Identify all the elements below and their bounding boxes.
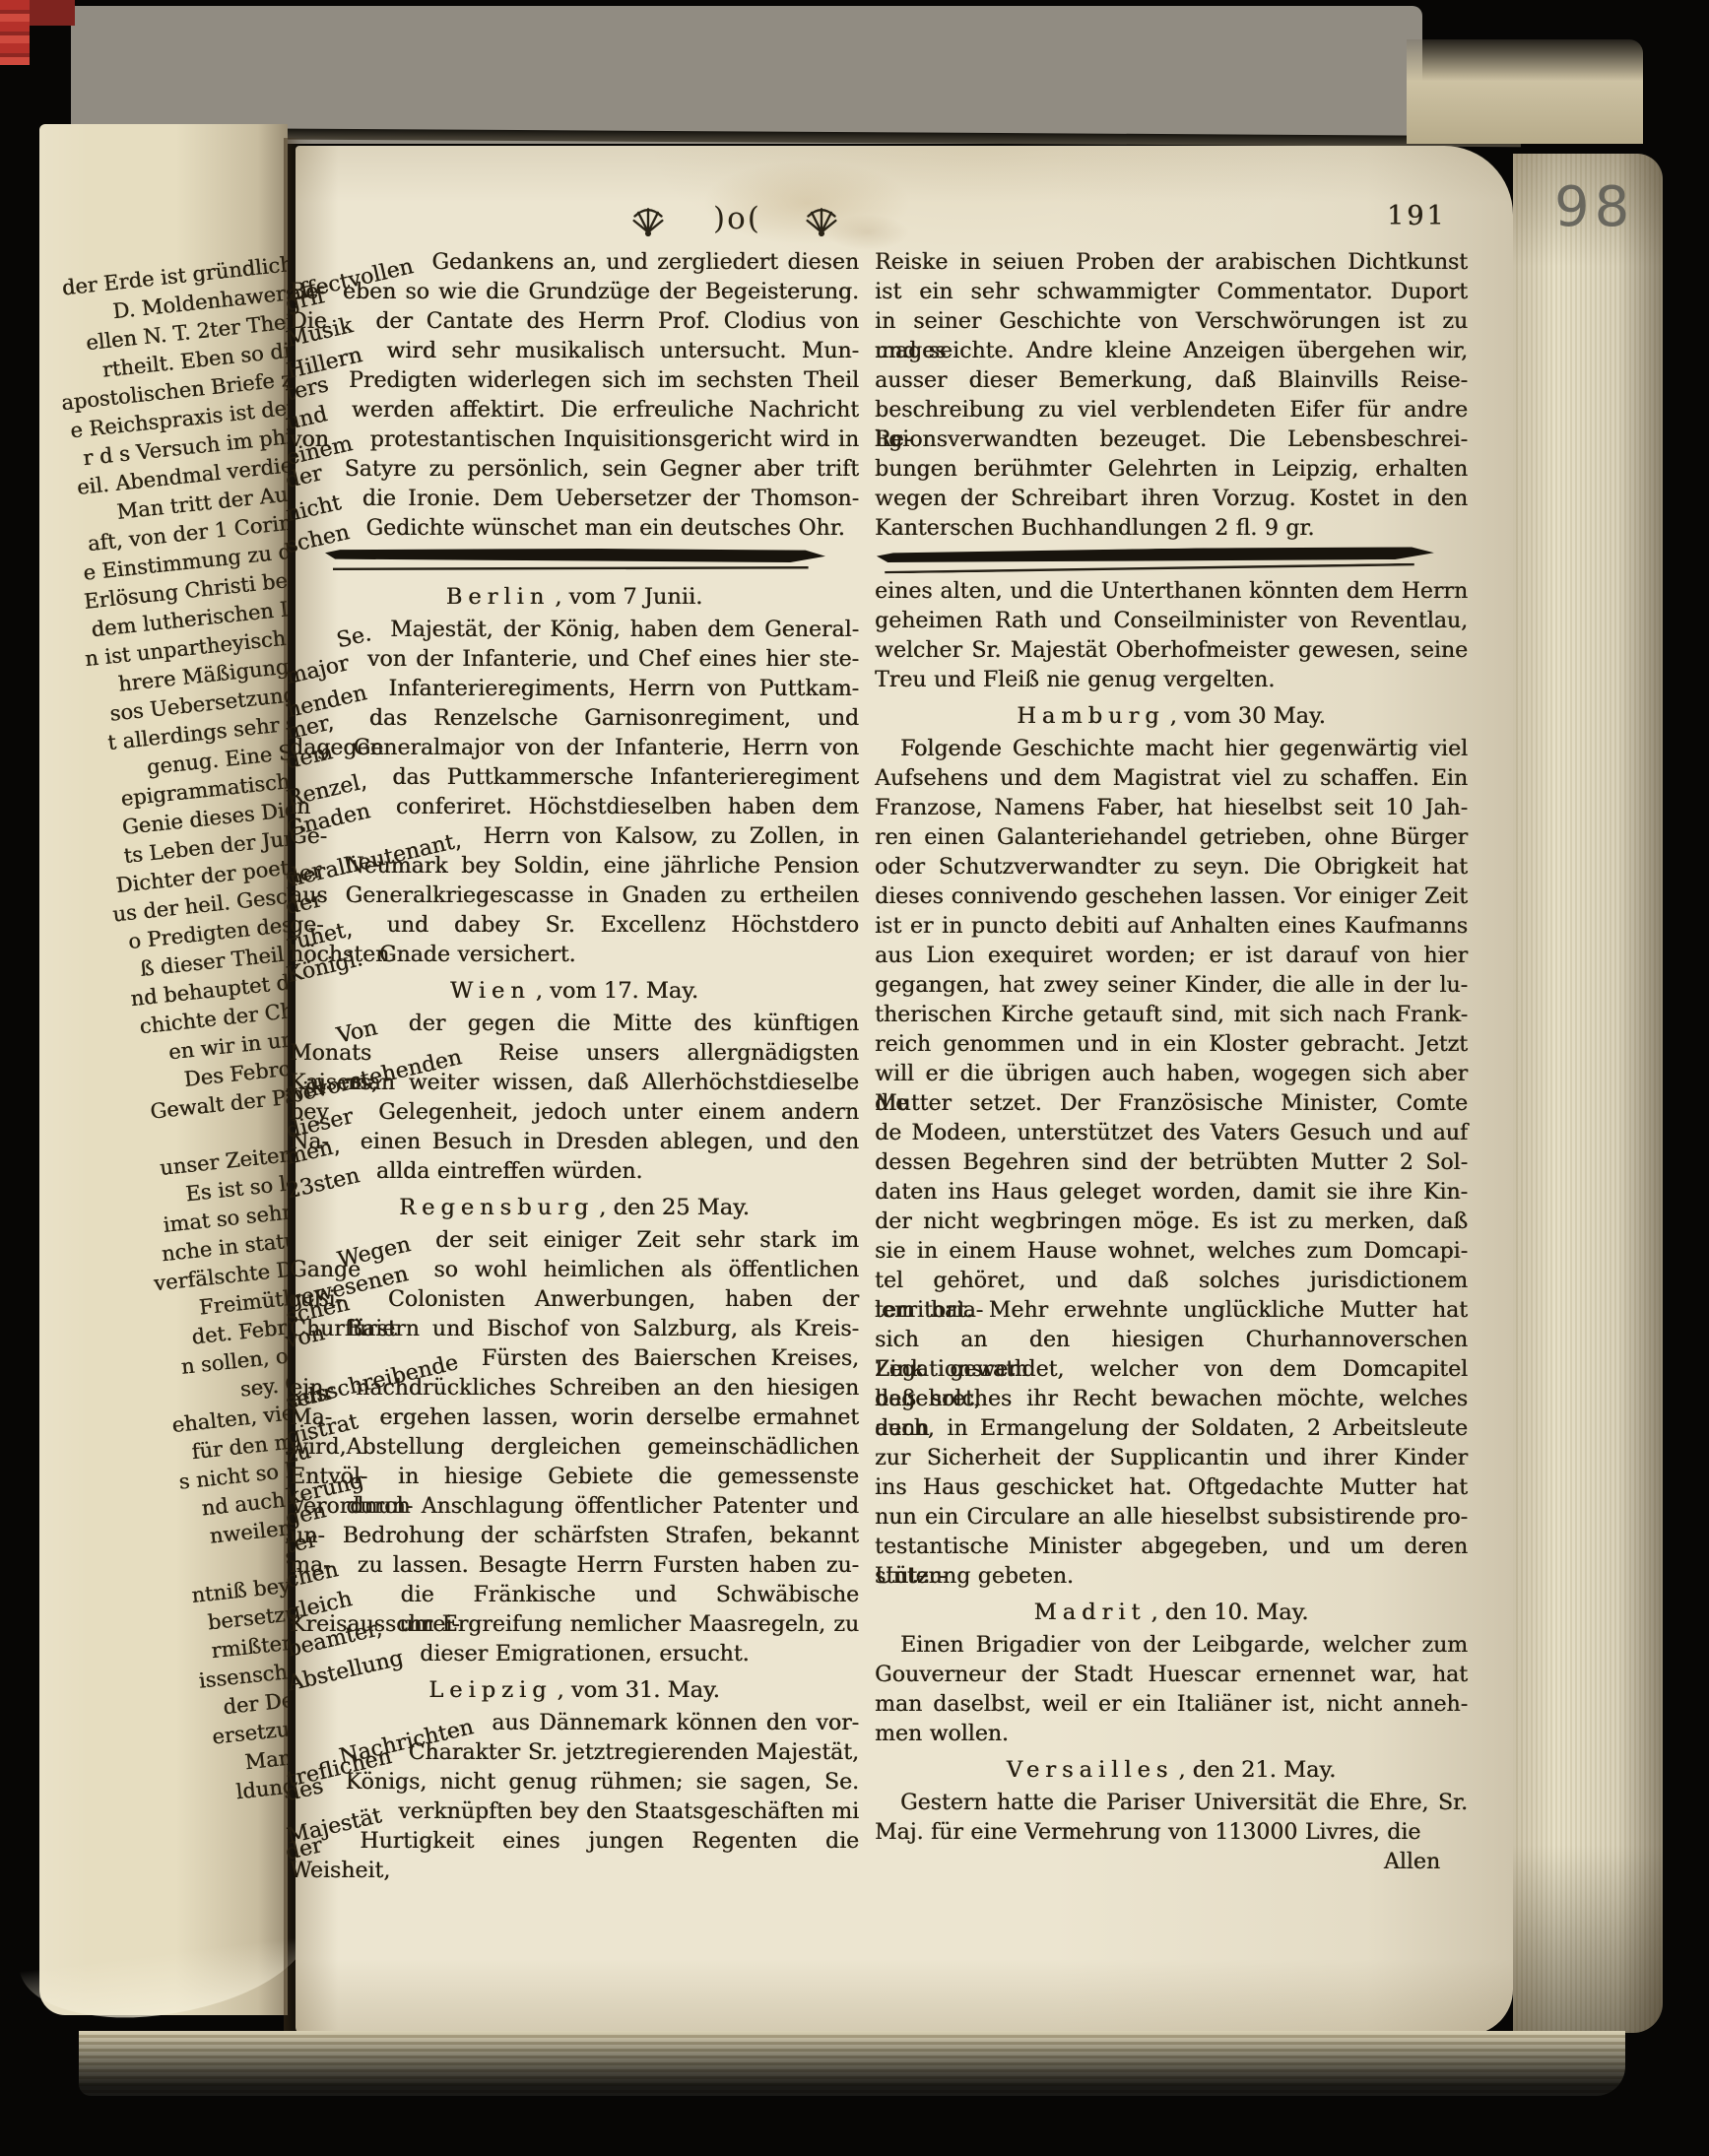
dateline-place: Wien — [450, 978, 531, 1004]
left-page-text-block: der Erde ist gründlichD. Moldenhawersell… — [39, 250, 288, 1850]
text-line: Maj. für eine Vermehrung von 113000 Livr… — [875, 1818, 1468, 1848]
text-line: ters Predigten widerlegen sich im sechst… — [290, 366, 859, 396]
dateline-date: , vom 31. May. — [558, 1677, 720, 1703]
right-column-intro: Reiske in seiuen Proben der arabischen D… — [875, 248, 1468, 544]
text-line: 23sten allda eintreffen würden. — [290, 1157, 859, 1187]
dateline-heading: Wien, vom 17. May. — [290, 974, 859, 1008]
text-line: beamter, um Ergreifung nemlicher Maasreg… — [290, 1610, 859, 1640]
text-line: lem hat. Mehr erwehnte unglückliche Mutt… — [875, 1296, 1468, 1326]
text-line: major von der Infanterie, und Chef eines… — [290, 645, 859, 675]
text-line: man daselbst, weil er ein Italiäner ist,… — [875, 1690, 1468, 1720]
dateline-place: Leipzig — [428, 1677, 552, 1703]
text-line: einem protestantischen Inquisitionsgeric… — [290, 425, 859, 455]
text-line: auch, in Ermangelung der Soldaten, 2 Arb… — [875, 1414, 1468, 1444]
text-line: dieses connivendo geschehen lassen. Vor … — [875, 882, 1468, 912]
text-line: und werden affektirt. Die erfreuliche Na… — [290, 396, 859, 425]
dateline-place: Hamburg — [1017, 703, 1164, 729]
text-line: Reiske in seiuen Proben der arabischen D… — [875, 248, 1468, 278]
text-line: Wegen der seit einiger Zeit sehr stark i… — [290, 1226, 859, 1256]
text-line: welcher Sr. Majestät Oberhofmeister gewe… — [875, 636, 1468, 666]
book-top-right-edge — [1407, 39, 1643, 144]
shell-ornament-icon — [804, 203, 839, 238]
divider-thick-rule — [877, 546, 1434, 566]
text-line: ausschreibende Fürsten des Baierschen Kr… — [290, 1344, 859, 1374]
text-line: gen durch Anschlagung öffentlicher Paten… — [290, 1492, 859, 1522]
text-line: men, einen Besuch in Dresden ablegen, un… — [290, 1128, 859, 1157]
dateline-heading: Hamburg, vom 30 May. — [875, 699, 1468, 733]
text-line: nun ein Circulare an alle hieselbst subs… — [875, 1503, 1468, 1533]
text-line: von Baiern und Bischof von Salzburg, als… — [290, 1315, 859, 1344]
left-page-lines: der Erde ist gründlichD. Moldenhawersell… — [39, 250, 288, 1850]
text-line: in seiner Geschichte von Verschwörungen … — [875, 307, 1468, 337]
text-line: Königl. Gnade versichert. — [290, 941, 859, 970]
text-line: Renzel, das Puttkammersche Infanteriereg… — [290, 763, 859, 793]
text-line: Zink gewendet, welcher von dem Domcapite… — [875, 1355, 1468, 1385]
left-column-intro: affectvollen Gedankens an, und zergliede… — [290, 248, 859, 544]
text-line: Gouverneur der Stadt Huescar ernennet wa… — [875, 1661, 1468, 1690]
text-line: der Generalkriegescasse in Gnaden zu ert… — [290, 882, 859, 911]
text-line: testantische Minister abgegeben, und um … — [875, 1533, 1468, 1562]
text-line: affectvollen Gedankens an, und zergliede… — [290, 248, 859, 278]
dateline-date: , vom 7 Junii. — [555, 584, 702, 610]
text-line: stützung gebeten. — [875, 1562, 1468, 1592]
catchword: Allen — [875, 1848, 1468, 1877]
dateline-date: , den 25 May. — [599, 1195, 750, 1220]
text-line: gleich die Fränkische und Schwäbische Kr… — [290, 1581, 859, 1610]
dateline-place: Berlin — [446, 584, 551, 610]
left-text-column: affectvollen Gedankens an, und zergliede… — [290, 248, 859, 1857]
text-line: Hillern wird sehr musikalisch untersucht… — [290, 337, 859, 366]
text-line: kerung in hiesige Gebiete die gemessenst… — [290, 1463, 859, 1492]
text-line: reich genommen und in ein Kloster gebrac… — [875, 1030, 1468, 1060]
text-line: daten ins Haus geleget worden, damit sie… — [875, 1178, 1468, 1208]
text-line: therischen Kirche getauft sind, mit sich… — [875, 1001, 1468, 1030]
text-line: schen Gedichte wünschet man ein deutsche… — [290, 514, 859, 544]
text-line: aus Lion exequiret worden; er ist darauf… — [875, 942, 1468, 971]
text-line: und seichte. Andre kleine Anzeigen überg… — [875, 337, 1468, 366]
text-line: Majestät verknüpften bey den Staatsgesch… — [290, 1797, 859, 1827]
text-line: Gnaden conferiret. Höchstdieselben haben… — [290, 793, 859, 822]
text-line: bungen berühmter Gelehrten in Leipzig, e… — [875, 455, 1468, 485]
divider-thick-rule — [325, 549, 825, 562]
text-line: Nachrichten aus Dännemark können den vor… — [290, 1709, 859, 1738]
text-line: Musik der Cantate des Herrn Prof. Clodiu… — [290, 307, 859, 337]
text-line: ist ein sehr schwammigter Commentator. D… — [875, 278, 1468, 307]
header-center-mark: )o( — [713, 201, 761, 236]
text-line: de Modeen, unterstützet des Vaters Gesuc… — [875, 1119, 1468, 1148]
dateline-heading: Berlin, vom 7 Junii. — [290, 580, 859, 614]
text-line: tel gehöret, und daß solches jurisdictio… — [875, 1267, 1468, 1296]
text-line: ausser dieser Bemerkung, daß Blainvills … — [875, 366, 1468, 396]
text-line: dem Generalmajor von der Infanterie, Her… — [290, 734, 859, 763]
text-line: der Satyre zu persönlich, sein Gegner ab… — [290, 455, 859, 485]
text-line: chen zu lassen. Besagte Herrn Fursten ha… — [290, 1551, 859, 1581]
book-scan: der Erde ist gründlichD. Moldenhawersell… — [0, 0, 1709, 2156]
section-divider — [325, 547, 825, 576]
red-fore-edge-corner — [30, 0, 75, 26]
dateline-place: Regensburg — [399, 1195, 594, 1220]
text-line: gistrat ergehen lassen, worin derselbe e… — [290, 1404, 859, 1433]
text-line: wegen der Schreibart ihren Vorzug. Koste… — [875, 485, 1468, 514]
dateline-heading: Regensburg, den 25 May. — [290, 1191, 859, 1224]
divider-thin-rule — [333, 566, 809, 570]
red-fore-edge — [0, 0, 30, 65]
text-line: nerallieutenant, Herrn von Kalsow, zu Zo… — [290, 822, 859, 852]
stamped-folio-number: 98 — [1554, 175, 1634, 239]
text-line: sie in einem Hause wohnet, welches zum D… — [875, 1237, 1468, 1267]
text-line: daß solches ihr Recht bewachen möchte, w… — [875, 1385, 1468, 1414]
text-line: will er die übrigen auch haben, wogegen … — [875, 1060, 1468, 1089]
bottom-page-edges — [79, 2031, 1625, 2096]
text-line: Folgende Geschichte macht hier gegenwärt… — [875, 735, 1468, 764]
text-line: ist er in puncto debiti auf Anhalten ein… — [875, 912, 1468, 942]
right-column-continuation: eines alten, und die Unterthanen könnten… — [875, 577, 1468, 695]
text-line: oder Schutzverwandter zu seyn. Die Obrig… — [875, 853, 1468, 882]
text-line: Se. Majestät, der König, haben dem Gener… — [290, 616, 859, 645]
text-line: ter Bedrohung der schärfsten Strafen, be… — [290, 1522, 859, 1551]
divider-thin-rule — [885, 563, 1414, 574]
text-line: Kanterschen Buchhandlungen 2 fl. 9 gr. — [875, 514, 1468, 544]
right-page: )o( 191 affectvollen Gedankens an, und z… — [296, 146, 1513, 2035]
text-line: ligionsverwandten bezeuget. Die Lebensbe… — [875, 425, 1468, 455]
text-line: geheimen Rath und Conseilminister von Re… — [875, 607, 1468, 636]
dateline-date: , vom 17. May. — [536, 978, 698, 1004]
dateline-heading: Madrit, den 10. May. — [875, 1596, 1468, 1629]
shell-ornament-icon — [630, 203, 666, 238]
dateline-date: , den 21. May. — [1178, 1757, 1336, 1783]
section-divider — [877, 544, 1434, 580]
text-line: sich an den hiesigen Churhannoverschen L… — [875, 1326, 1468, 1355]
dateline-date: , vom 30 May. — [1170, 703, 1326, 729]
fore-edge-page-stack — [1513, 154, 1663, 2033]
text-line: Einen Brigadier von der Leibgarde, welch… — [875, 1631, 1468, 1661]
left-page: der Erde ist gründlichD. Moldenhawersell… — [39, 124, 288, 2015]
text-line: men wollen. — [875, 1720, 1468, 1749]
text-line: henden Infanterieregiments, Herrn von Pu… — [290, 675, 859, 704]
text-line: zu Abstellung dergleichen gemeinschädlic… — [290, 1433, 859, 1463]
dateline-place: Madrit — [1034, 1600, 1147, 1625]
text-line: ruhet, und dabey Sr. Excellenz Höchstder… — [290, 911, 859, 941]
text-line: Mutter setzet. Der Französische Minister… — [875, 1089, 1468, 1119]
left-column-sections: Berlin, vom 7 Junii.Se. Majestät, der Kö… — [290, 580, 859, 1857]
text-line: Von der gegen die Mitte des künftigen Mo… — [290, 1010, 859, 1039]
right-column-sections: Hamburg, vom 30 May.Folgende Geschichte … — [875, 699, 1468, 1848]
text-line: zur Sicherheit der Supplicantin und ihre… — [875, 1444, 1468, 1473]
text-line: eines alten, und die Unterthanen könnten… — [875, 577, 1468, 607]
text-line: ins Haus geschicket hat. Oftgedachte Mut… — [875, 1473, 1468, 1503]
text-line: Aufsehens und dem Magistrat viel zu scha… — [875, 764, 1468, 794]
text-line: dessen Begehren sind der betrübten Mutte… — [875, 1148, 1468, 1178]
text-line: gegangen, hat zwey seiner Kinder, die al… — [875, 971, 1468, 1001]
book-top-page-block — [71, 6, 1422, 144]
text-line: beschreibung zu viel verblendeten Eifer … — [875, 396, 1468, 425]
printed-folio-number: 191 — [1387, 201, 1447, 231]
text-line: der nicht wegbringen möge. Es ist zu mer… — [875, 1208, 1468, 1237]
page-header: )o( 191 — [296, 146, 1513, 244]
text-line: Treu und Fleiß nie genug vergelten. — [875, 666, 1468, 695]
dateline-place: Versailles — [1007, 1757, 1174, 1783]
text-line: mer, das Renzelsche Garnisonregiment, un… — [290, 704, 859, 734]
dateline-heading: Versailles, den 21. May. — [875, 1753, 1468, 1787]
dateline-date: , den 10. May. — [1150, 1600, 1308, 1625]
text-line: dieser Gelegenheit, jedoch unter einem a… — [290, 1098, 859, 1128]
text-line: Franzose, Namens Faber, hat hieselbst se… — [875, 794, 1468, 823]
text-line: nicht die Ironie. Dem Uebersetzer der Th… — [290, 485, 859, 514]
right-text-column: Reiske in seiuen Proben der arabischen D… — [875, 248, 1468, 1877]
text-line: Gestern hatte die Pariser Universität di… — [875, 1789, 1468, 1818]
text-line: ren einen Galanteriehandel getrieben, oh… — [875, 823, 1468, 853]
